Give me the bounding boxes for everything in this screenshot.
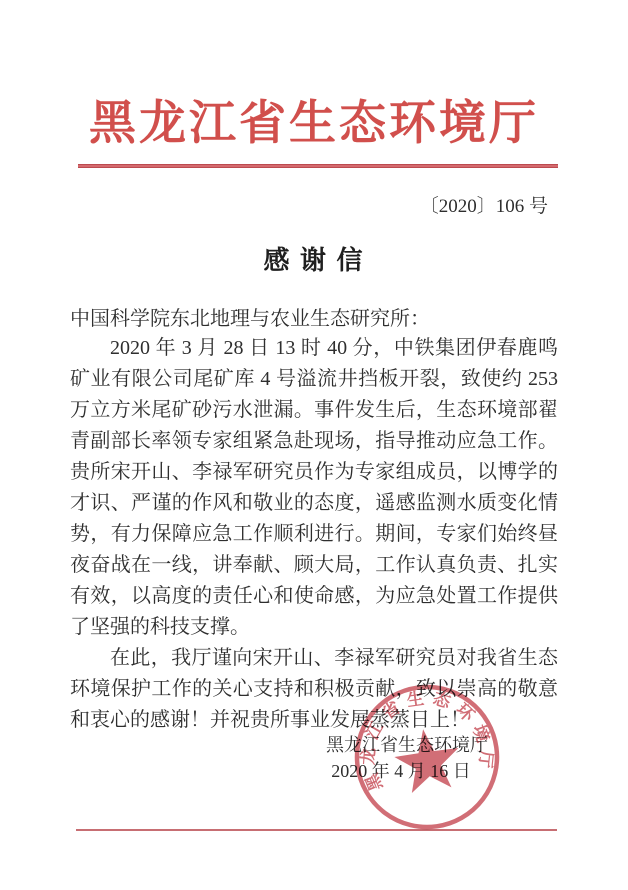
letter-title: 感 谢 信 [0, 240, 628, 277]
body-paragraph-1: 2020 年 3 月 28 日 13 时 40 分，中铁集团伊春鹿鸣矿业有限公司… [70, 333, 558, 643]
seal-star [391, 725, 464, 795]
letterhead-agency-name: 黑龙江省生态环境厅 [0, 86, 628, 153]
letterhead-divider-rule [78, 164, 558, 168]
document-number: 〔2020〕106 号 [0, 191, 548, 218]
scanned-letter-page: 黑龙江省生态环境厅 〔2020〕106 号 感 谢 信 中国科学院东北地理与农业… [0, 0, 628, 890]
official-red-seal: 黑龙江省生态环境厅 [337, 667, 518, 848]
salutation: 中国科学院东北地理与农业生态研究所： [70, 302, 430, 331]
